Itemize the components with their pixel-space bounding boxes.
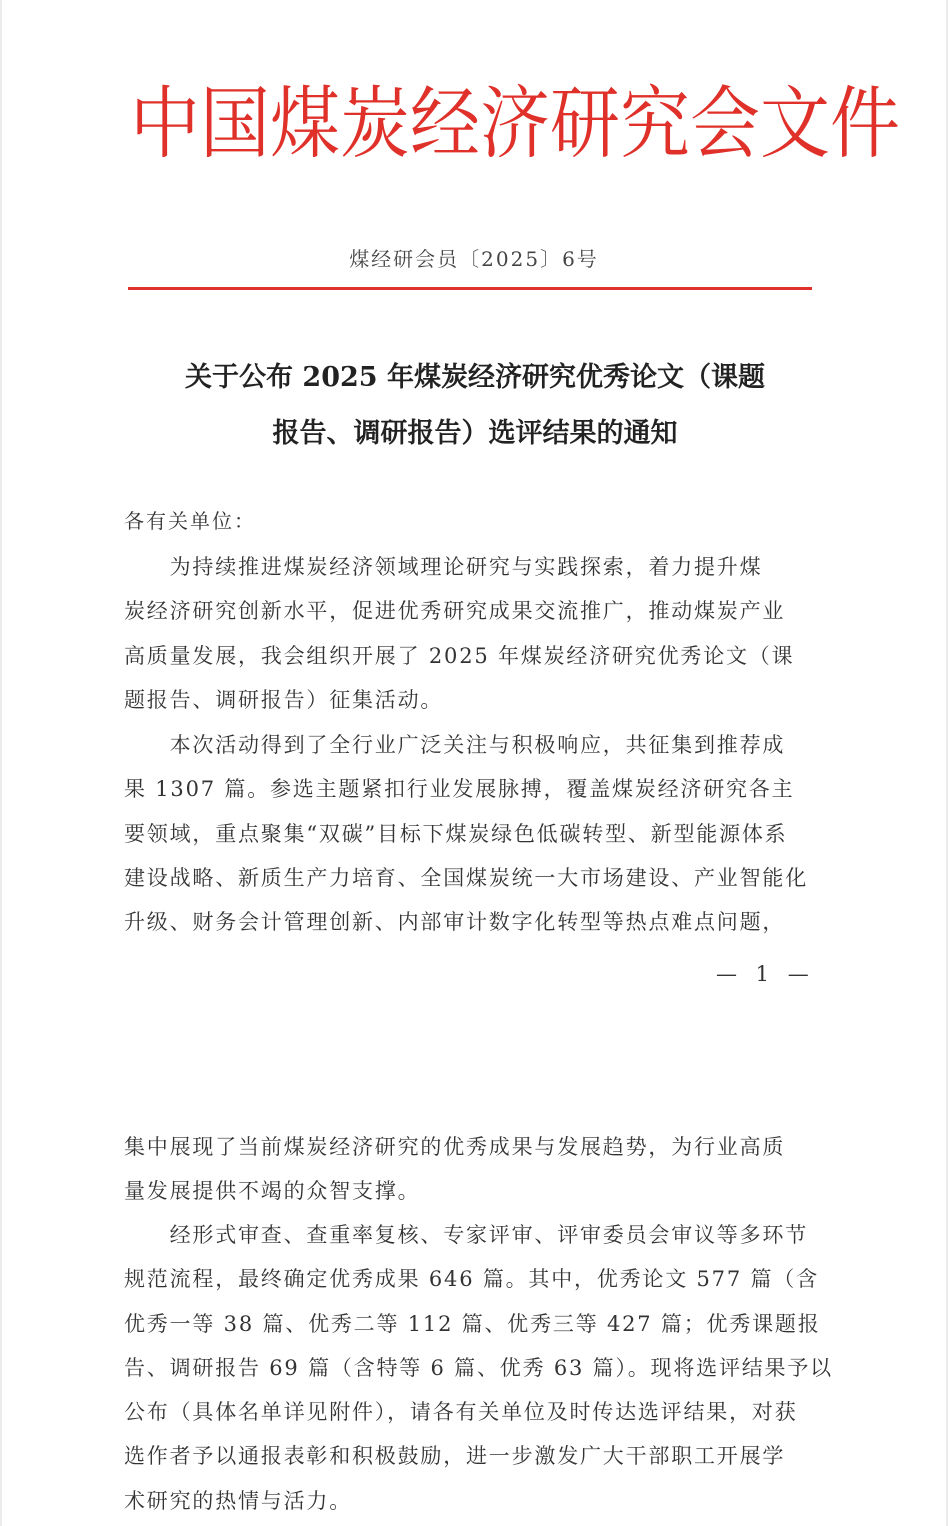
text-line: 术研究的热情与活力。 bbox=[124, 1479, 826, 1523]
text-line: 建设战略、新质生产力培育、全国煤炭统一大市场建设、产业智能化 bbox=[124, 856, 826, 900]
text-line: 量发展提供不竭的众智支撑。 bbox=[124, 1169, 826, 1213]
text-line: 规范流程，最终确定优秀成果 646 篇。其中，优秀论文 577 篇（含 bbox=[124, 1257, 826, 1301]
document-masthead: 中国煤炭经济研究会文件 bbox=[130, 70, 820, 178]
text-line: 要领域，重点聚集“双碳”目标下煤炭绿色低碳转型、新型能源体系 bbox=[124, 812, 826, 856]
text-line: 公布（具体名单详见附件），请各有关单位及时传达选评结果，对获 bbox=[124, 1390, 826, 1434]
paragraph-1: 为持续推进煤炭经济领域理论研究与实践探索，着力提升煤 炭经济研究创新水平，促进优… bbox=[124, 545, 826, 722]
salutation: 各有关单位： bbox=[124, 505, 256, 534]
text-line: 高质量发展，我会组织开展了 2025 年煤炭经济研究优秀论文（课 bbox=[124, 634, 826, 678]
document-number: 煤经研会员〔2025〕6号 bbox=[0, 243, 948, 272]
text-line: 告、调研报告 69 篇（含特等 6 篇、优秀 63 篇）。现将选评结果予以 bbox=[124, 1346, 826, 1390]
text-line: 题报告、调研报告）征集活动。 bbox=[124, 678, 826, 722]
text-line: 本次活动得到了全行业广泛关注与积极响应，共征集到推荐成 bbox=[124, 723, 826, 767]
text-line: 果 1307 篇。参选主题紧扣行业发展脉搏，覆盖煤炭经济研究各主 bbox=[124, 767, 826, 811]
paragraph-4: 经形式审查、查重率复核、专家评审、评审委员会审议等多环节 规范流程，最终确定优秀… bbox=[124, 1213, 826, 1523]
page-number: — 1 — bbox=[716, 962, 815, 986]
text-line: 集中展现了当前煤炭经济研究的优秀成果与发展趋势，为行业高质 bbox=[124, 1125, 826, 1169]
text-line: 为持续推进煤炭经济领域理论研究与实践探索，着力提升煤 bbox=[124, 545, 826, 589]
page-edge-left bbox=[0, 0, 2, 1526]
red-divider bbox=[128, 287, 812, 290]
title-line-2: 报告、调研报告）选评结果的通知 bbox=[150, 406, 800, 462]
text-line: 经形式审查、查重率复核、专家评审、评审委员会审议等多环节 bbox=[124, 1213, 826, 1257]
text-line: 优秀一等 38 篇、优秀二等 112 篇、优秀三等 427 篇；优秀课题报 bbox=[124, 1302, 826, 1346]
document-title: 关于公布 2025 年煤炭经济研究优秀论文（课题 报告、调研报告）选评结果的通知 bbox=[150, 350, 800, 462]
text-line: 升级、财务会计管理创新、内部审计数字化转型等热点难点问题， bbox=[124, 900, 826, 944]
paragraph-3: 集中展现了当前煤炭经济研究的优秀成果与发展趋势，为行业高质 量发展提供不竭的众智… bbox=[124, 1125, 826, 1214]
text-line: 炭经济研究创新水平，促进优秀研究成果交流推广，推动煤炭产业 bbox=[124, 589, 826, 633]
paragraph-2: 本次活动得到了全行业广泛关注与积极响应，共征集到推荐成 果 1307 篇。参选主… bbox=[124, 723, 826, 944]
title-line-1: 关于公布 2025 年煤炭经济研究优秀论文（课题 bbox=[150, 350, 800, 406]
text-line: 选作者予以通报表彰和积极鼓励，进一步激发广大干部职工开展学 bbox=[124, 1434, 826, 1478]
